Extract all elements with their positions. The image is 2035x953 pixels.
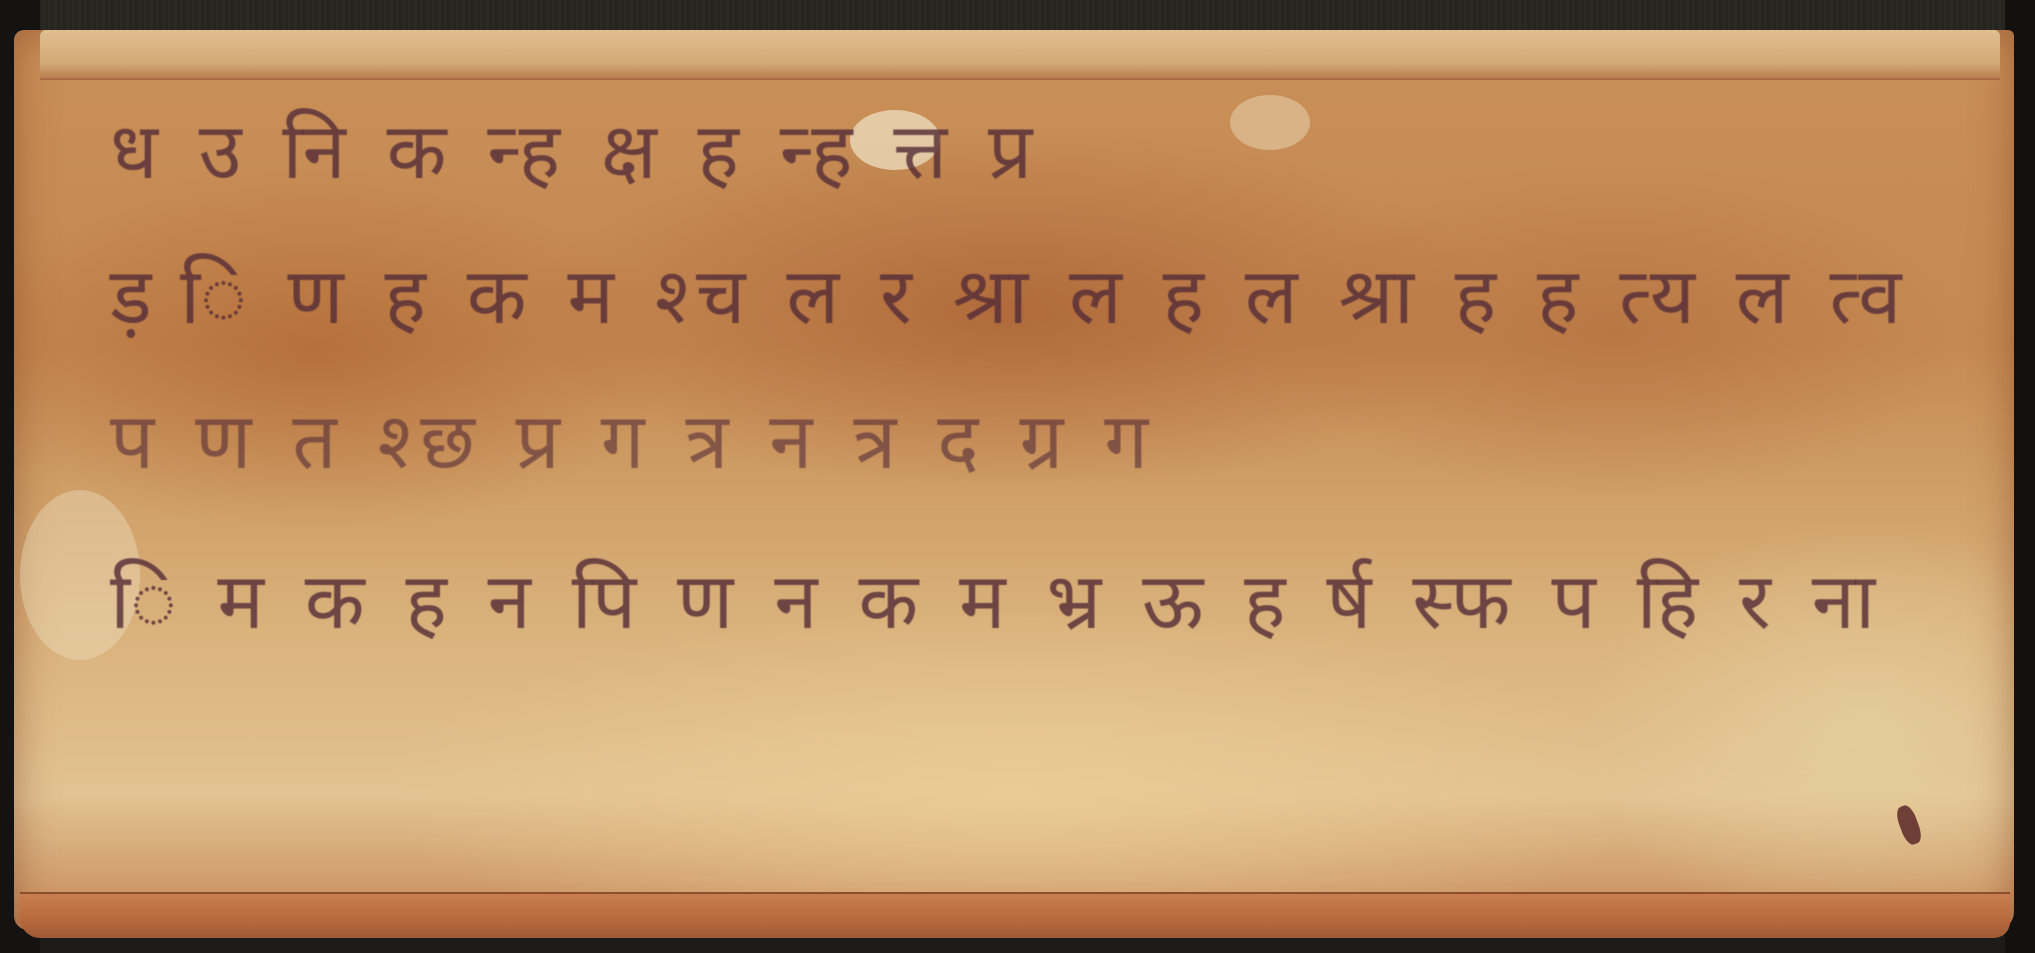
leaf-bottom-edge	[20, 892, 2010, 938]
flaked-spot	[1230, 95, 1310, 150]
script-line-2: ड़ ि ण ह क म श्च ल र श्रा ल ह ल श्रा ह ह…	[110, 240, 1910, 346]
leaf-top-edge	[40, 30, 2000, 80]
script-line-3: प ण त श्छ प्र ग त्र न त्र द ग्र ग	[110, 385, 1156, 491]
script-line-1: ध उ नि क न्ह क्ष ह न्ह त्त प्र	[110, 95, 1040, 201]
script-line-4: ि म क ह न पि ण न क म भ्र ऊ ह र्ष स्फ प ह…	[110, 545, 1883, 651]
